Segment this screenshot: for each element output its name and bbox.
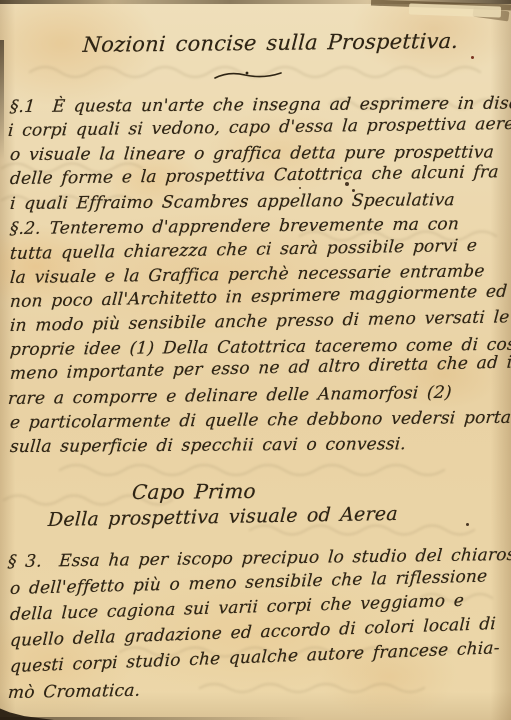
manuscript-line: mò Cromatica.: [7, 680, 141, 704]
title-divider-flourish: [213, 70, 283, 82]
manuscript-page: Nozioni concise sulla Prospettiva. §.1 È…: [0, 0, 511, 720]
foxing-spot: [466, 523, 469, 526]
chapter-heading: Capo Primo: [131, 480, 256, 503]
manuscript-line: sulla superficie di specchii cavi o conv…: [9, 433, 407, 458]
foxing-spot: [299, 187, 301, 189]
manuscript-line: i quali Effraimo Scambres appellano Spec…: [9, 189, 455, 215]
left-edge-shadow: [0, 40, 4, 160]
foxing-spot: [471, 56, 474, 59]
page-title: Nozioni concise sulla Prospettiva.: [69, 30, 471, 56]
